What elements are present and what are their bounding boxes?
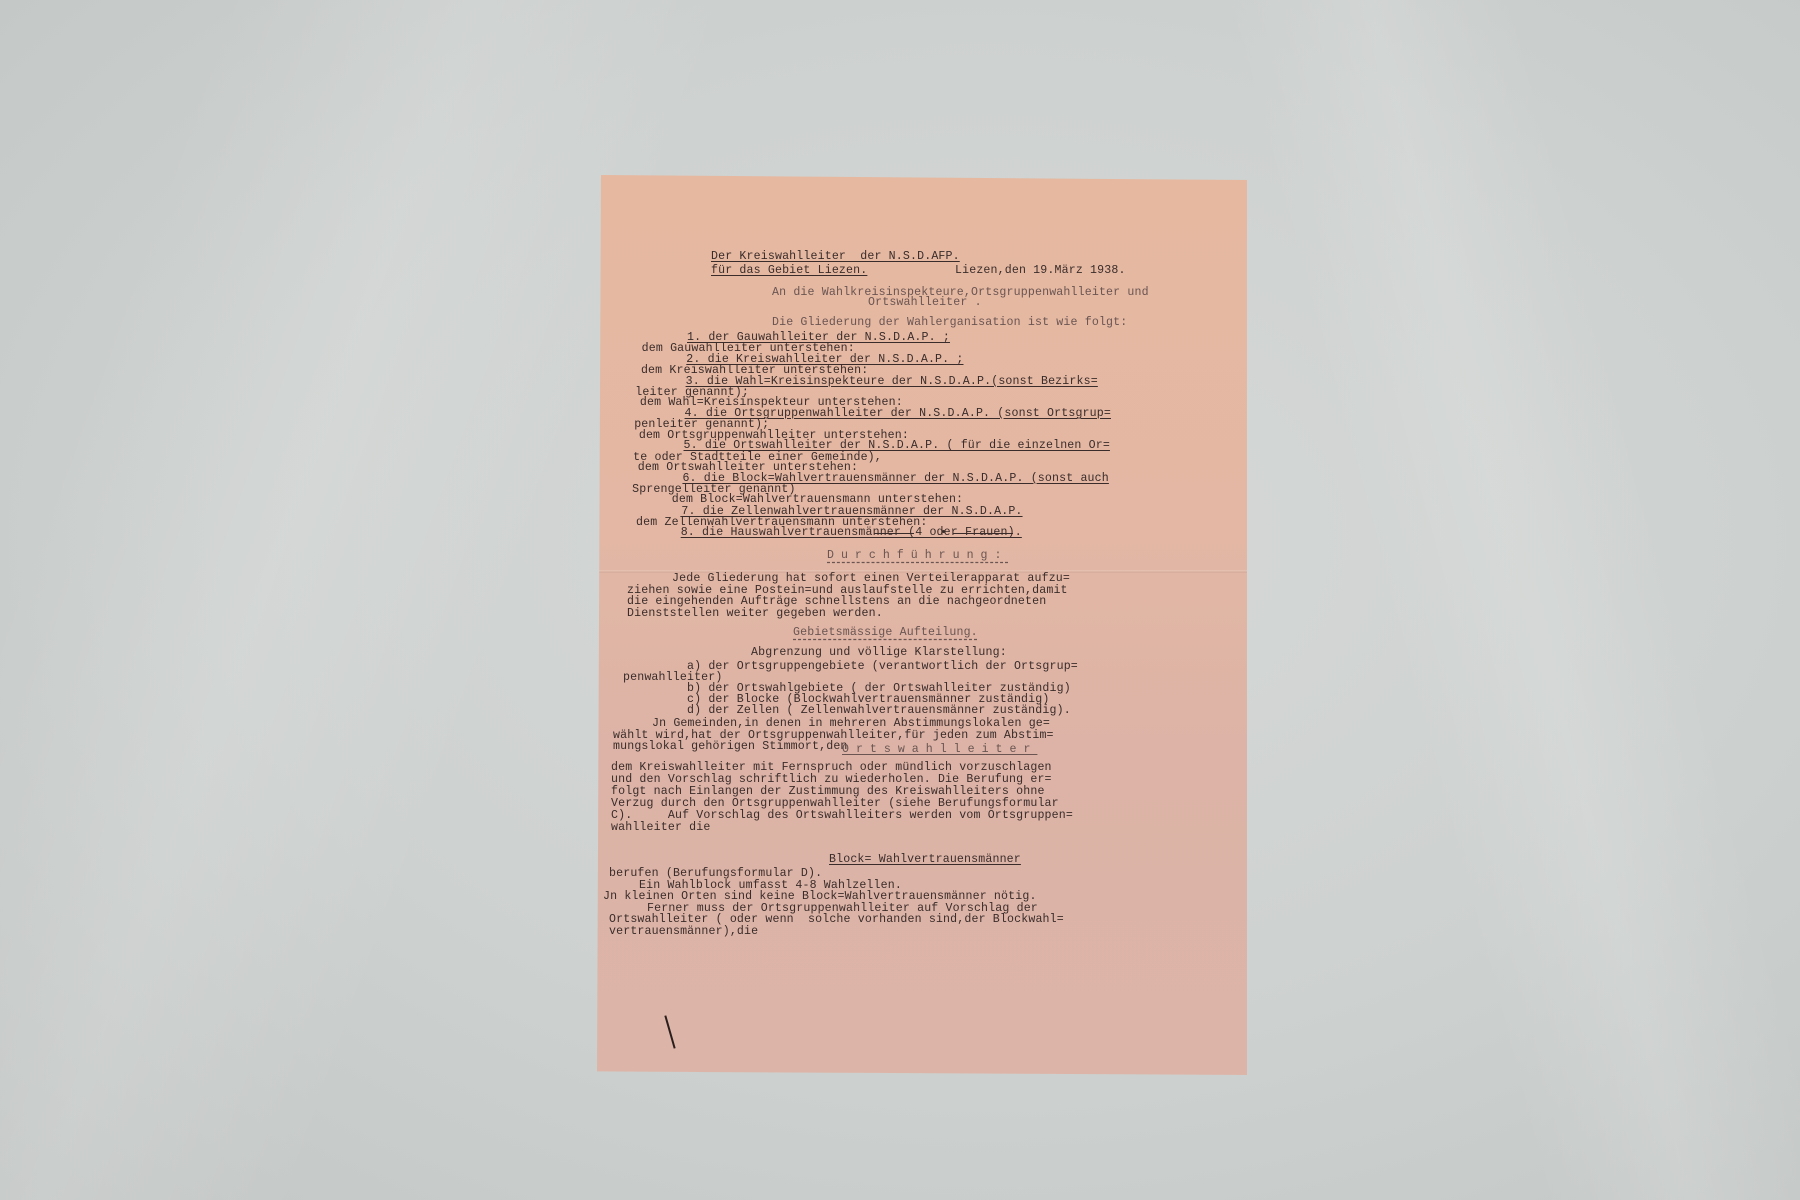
paragraph-line: vertrauensmänner),die <box>609 926 758 938</box>
pencil-mark <box>664 1015 675 1048</box>
division-intro: Abgrenzung und völlige Klarstellung: <box>751 647 1007 659</box>
paragraph-line: Dienststellen weiter gegeben werden. <box>627 608 883 620</box>
addressee-line-2: Ortswahlleiter . <box>868 297 982 309</box>
role-block-wahlvertrauensmaenner: Block= Wahlvertrauensmänner <box>829 854 1021 866</box>
paragraph-line: mungslokal gehörigen Stimmort,den <box>613 741 848 753</box>
subheading-aufteilung: Gebietsmässige Aufteilung. <box>793 627 978 639</box>
sender-line-2: für das Gebiet Liezen. <box>711 265 867 277</box>
structure-intro: Die Gliederung der Wahlerganisation ist … <box>772 317 1127 329</box>
separator-dot <box>942 530 945 533</box>
typewritten-document: Der Kreiswahlleiter der N.S.D.AFP. für d… <box>597 175 1247 1075</box>
section-heading-durchfuehrung: Durchführung: <box>827 550 1008 562</box>
tablecloth-fold <box>1219 0 1800 1200</box>
division-item: a) der Ortsgruppengebiete (verantwortlic… <box>687 661 1078 673</box>
place-date: Liezen,den 19.März 1938. <box>955 265 1126 277</box>
separator-left <box>874 533 914 534</box>
division-item: d) der Zellen ( Zellenwahlvertrauensmänn… <box>687 705 1071 717</box>
role-ortswahlleiter: Ortswahlleiter <box>842 744 1037 756</box>
separator-right <box>953 533 1013 534</box>
sender-line-1: Der Kreiswahlleiter der N.S.D.AFP. <box>711 251 960 263</box>
paragraph-line: wahlleiter die <box>611 822 711 834</box>
